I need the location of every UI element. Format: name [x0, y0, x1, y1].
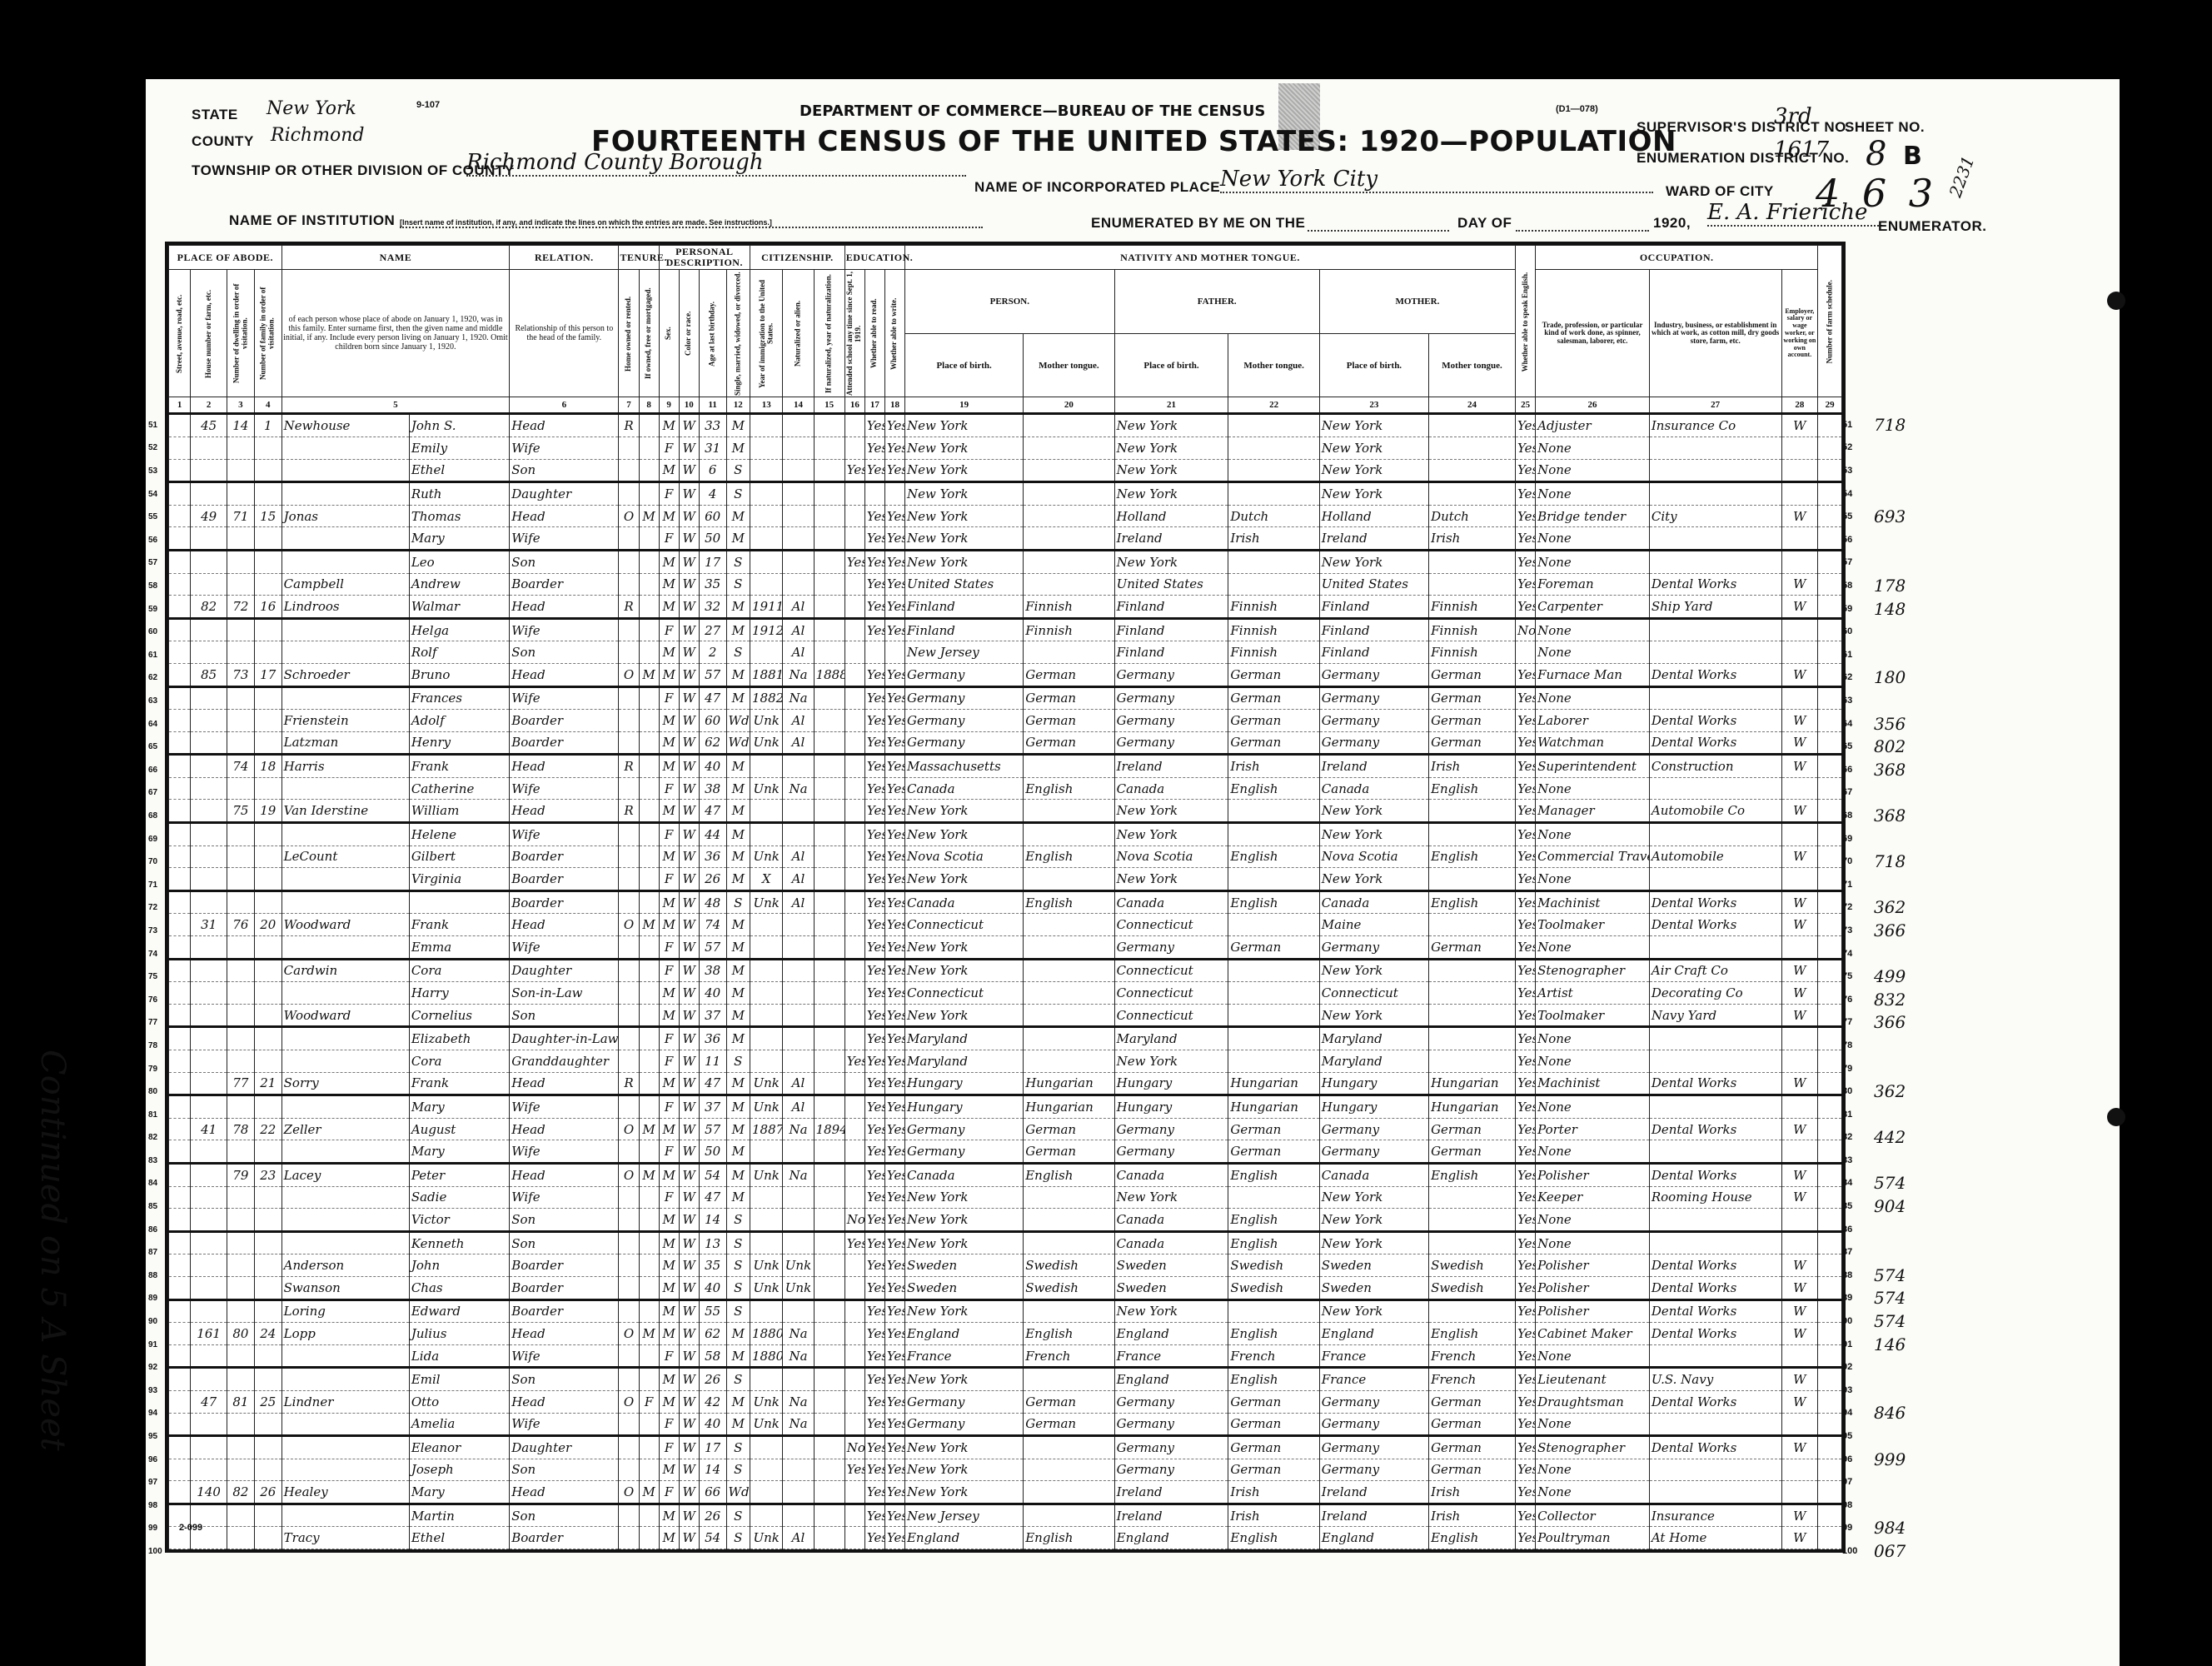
marital-cell: M: [726, 436, 750, 459]
marital-cell: M: [726, 1344, 750, 1368]
given-name-cell: Eleanor: [409, 1436, 509, 1459]
column-number: 21: [1114, 397, 1228, 414]
house-number-cell: [191, 573, 227, 596]
dwelling-number-cell: [227, 959, 255, 982]
line-number: 69: [148, 828, 167, 851]
father-tongue-cell: [1228, 1299, 1319, 1323]
census-row: SwansonChasBoarderMW40SUnkUnkYesYesSwede…: [169, 1276, 1842, 1299]
mother-birthplace-cell: Finland: [1319, 641, 1428, 664]
relation-cell: Daughter: [510, 1436, 619, 1459]
occupation-trade-cell: Foreman: [1536, 573, 1650, 596]
street-cell: [169, 1344, 191, 1368]
house-number-cell: [191, 1299, 227, 1323]
marital-cell: S: [726, 1459, 750, 1481]
worker-class-cell: [1781, 1413, 1818, 1436]
father-birthplace-cell: England: [1114, 1527, 1228, 1549]
naturalized-cell: Na: [783, 686, 814, 710]
dwelling-number-cell: [227, 845, 255, 868]
mother-birthplace-cell: France: [1319, 1368, 1428, 1391]
family-number-cell: 20: [254, 914, 281, 936]
incorporated-place-value: New York City: [1220, 167, 1653, 193]
punch-hole: [2107, 1108, 2125, 1126]
mother-mother-tongue-cell: German: [1429, 663, 1516, 686]
farm-schedule-cell: [1818, 936, 1842, 960]
margin-code: 832: [1874, 989, 1924, 1012]
naturalization-year-cell: [814, 596, 844, 619]
naturalization-year-cell: [814, 1050, 844, 1073]
census-row: HelgaWifeFW27M1912AlYesYesFinlandFinnish…: [169, 618, 1842, 641]
family-number-cell: [254, 1527, 281, 1549]
place-of-birth-cell: New York: [904, 459, 1023, 482]
line-number: 71: [148, 874, 167, 897]
surname-cell: Newhouse: [281, 414, 409, 437]
surname-cell: Sorry: [281, 1072, 409, 1095]
margin-code: 366: [1874, 920, 1924, 943]
immigration-year-cell: 1912: [750, 618, 783, 641]
owned-rented-cell: R: [619, 596, 639, 619]
house-number-cell: [191, 550, 227, 573]
owned-rented-cell: [619, 1231, 639, 1254]
place-of-birth-cell: England: [904, 1323, 1023, 1345]
read-cell: Yes: [864, 573, 884, 596]
mother-tongue-cell: [1024, 1209, 1114, 1232]
naturalization-year-cell: [814, 731, 844, 755]
father-birthplace-cell: England: [1114, 1368, 1228, 1391]
speaks-english-cell: Yes: [1516, 436, 1536, 459]
relation-cell: Son: [510, 1368, 619, 1391]
margin-code: 356: [1874, 713, 1924, 736]
write-cell: Yes: [884, 1186, 904, 1209]
surname-cell: [281, 618, 409, 641]
margin-code: [1874, 1494, 1924, 1518]
family-number-cell: 21: [254, 1072, 281, 1095]
farm-schedule-cell: [1818, 1254, 1842, 1277]
house-number-cell: 85: [191, 663, 227, 686]
street-cell: [169, 777, 191, 800]
header-education: EDUCATION.: [844, 246, 904, 270]
naturalized-cell: [783, 1140, 814, 1164]
header-marital: Single, married, widowed, or divorced.: [726, 270, 750, 397]
occupation-industry-cell: Dental Works: [1649, 1276, 1781, 1299]
line-number: 92: [1842, 1356, 1867, 1379]
write-cell: Yes: [884, 800, 904, 823]
column-number: 14: [783, 397, 814, 414]
enumerated-label: ENUMERATED BY ME ON THE: [1091, 215, 1305, 232]
immigration-year-cell: [750, 550, 783, 573]
read-cell: Yes: [864, 823, 884, 846]
naturalized-cell: [783, 573, 814, 596]
line-number: 59: [148, 598, 167, 621]
line-number: 83: [148, 1150, 167, 1173]
father-birthplace-cell: Germany: [1114, 1413, 1228, 1436]
father-birthplace-cell: Germany: [1114, 731, 1228, 755]
line-number: 70: [148, 850, 167, 874]
dwelling-number-cell: [227, 890, 255, 914]
naturalized-cell: Al: [783, 710, 814, 732]
read-cell: Yes: [864, 1527, 884, 1549]
father-birthplace-cell: Germany: [1114, 1459, 1228, 1481]
dwelling-number-cell: 74: [227, 755, 255, 778]
race-cell: W: [679, 1527, 699, 1549]
given-name-cell: Sadie: [409, 1186, 509, 1209]
sex-cell: M: [659, 1209, 679, 1232]
naturalized-cell: [783, 959, 814, 982]
mother-birthplace-cell: Germany: [1319, 731, 1428, 755]
dwelling-number-cell: [227, 459, 255, 482]
given-name-cell: Andrew: [409, 573, 509, 596]
father-birthplace-cell: Holland: [1114, 505, 1228, 527]
father-tongue-cell: Finnish: [1228, 618, 1319, 641]
column-number: 27: [1649, 397, 1781, 414]
race-cell: W: [679, 800, 699, 823]
sex-cell: F: [659, 1436, 679, 1459]
family-number-cell: [254, 710, 281, 732]
occupation-trade-cell: None: [1536, 459, 1650, 482]
mother-mother-tongue-cell: English: [1429, 1527, 1516, 1549]
place-of-birth-cell: New York: [904, 868, 1023, 891]
race-cell: W: [679, 505, 699, 527]
age-cell: 60: [699, 505, 726, 527]
read-cell: Yes: [864, 800, 884, 823]
age-cell: 54: [699, 1163, 726, 1186]
line-number: 62: [148, 666, 167, 690]
father-tongue-cell: [1228, 1004, 1319, 1027]
father-tongue-cell: Dutch: [1228, 505, 1319, 527]
given-name-cell: [409, 890, 509, 914]
family-number-cell: [254, 550, 281, 573]
naturalized-cell: [783, 414, 814, 437]
occupation-trade-cell: None: [1536, 436, 1650, 459]
father-birthplace-cell: New York: [1114, 550, 1228, 573]
marital-cell: S: [726, 1231, 750, 1254]
census-row: LeoSonMW17SYesYesYesNew YorkNew YorkNew …: [169, 550, 1842, 573]
naturalized-cell: [783, 1231, 814, 1254]
mother-tongue-cell: [1024, 505, 1114, 527]
dwelling-number-cell: 14: [227, 414, 255, 437]
school-cell: [844, 505, 864, 527]
marital-cell: M: [726, 1118, 750, 1140]
occupation-trade-cell: Polisher: [1536, 1163, 1650, 1186]
mother-birthplace-cell: New York: [1319, 959, 1428, 982]
census-row: HeleneWifeFW44MYesYesNew YorkNew YorkNew…: [169, 823, 1842, 846]
census-row: EmilyWifeFW31MYesYesNew YorkNew YorkNew …: [169, 436, 1842, 459]
sex-cell: F: [659, 527, 679, 551]
place-of-birth-cell: New York: [904, 823, 1023, 846]
dwelling-number-cell: [227, 936, 255, 960]
age-cell: 26: [699, 868, 726, 891]
census-row: RuthDaughterFW4SNew YorkNew YorkNew York…: [169, 482, 1842, 506]
father-birthplace-cell: Germany: [1114, 1436, 1228, 1459]
father-tongue-cell: [1228, 550, 1319, 573]
header-person: PERSON.: [904, 270, 1114, 334]
mother-mother-tongue-cell: French: [1429, 1344, 1516, 1368]
father-tongue-cell: Hungarian: [1228, 1095, 1319, 1119]
place-of-birth-cell: New York: [904, 1004, 1023, 1027]
given-name-cell: Cora: [409, 1050, 509, 1073]
farm-schedule-cell: [1818, 890, 1842, 914]
write-cell: Yes: [884, 505, 904, 527]
dwelling-number-cell: [227, 1095, 255, 1119]
immigration-year-cell: Unk: [750, 731, 783, 755]
father-birthplace-cell: Germany: [1114, 710, 1228, 732]
form-number: (D1—078): [1556, 104, 1598, 114]
surname-cell: [281, 1344, 409, 1368]
dwelling-number-cell: [227, 1413, 255, 1436]
mother-tongue-cell: [1024, 1004, 1114, 1027]
mother-birthplace-cell: Sweden: [1319, 1276, 1428, 1299]
marital-cell: S: [726, 459, 750, 482]
naturalization-year-cell: [814, 1459, 844, 1481]
census-row: 1618024LoppJuliusHeadOMMW62M1880NaYesYes…: [169, 1323, 1842, 1345]
family-number-cell: 26: [254, 1481, 281, 1504]
naturalized-cell: [783, 550, 814, 573]
marital-cell: M: [726, 1413, 750, 1436]
occupation-industry-cell: Insurance: [1649, 1504, 1781, 1527]
immigration-year-cell: [750, 823, 783, 846]
school-cell: [844, 982, 864, 1005]
line-number: 73: [148, 920, 167, 943]
given-name-cell: William: [409, 800, 509, 823]
naturalization-year-cell: [814, 959, 844, 982]
write-cell: Yes: [884, 936, 904, 960]
write-cell: Yes: [884, 1231, 904, 1254]
age-cell: 40: [699, 755, 726, 778]
age-cell: 31: [699, 436, 726, 459]
column-number: 25: [1516, 397, 1536, 414]
mother-tongue-cell: [1024, 1481, 1114, 1504]
house-number-cell: [191, 845, 227, 868]
father-birthplace-cell: France: [1114, 1344, 1228, 1368]
line-number: 85: [148, 1195, 167, 1219]
naturalization-year-cell: [814, 1413, 844, 1436]
occupation-trade-cell: Laborer: [1536, 710, 1650, 732]
school-cell: [844, 686, 864, 710]
place-of-birth-cell: New York: [904, 414, 1023, 437]
race-cell: W: [679, 527, 699, 551]
speaks-english-cell: No: [1516, 618, 1536, 641]
school-cell: [844, 1413, 864, 1436]
margin-occupation-codes: 7186931781481803568023683687183623664998…: [1874, 414, 1924, 1564]
sex-cell: M: [659, 800, 679, 823]
census-row: CardwinCoraDaughterFW38MYesYesNew YorkCo…: [169, 959, 1842, 982]
line-number: 94: [148, 1402, 167, 1425]
family-number-cell: [254, 1186, 281, 1209]
mortgage-cell: [639, 868, 659, 891]
mortgage-cell: [639, 755, 659, 778]
write-cell: Yes: [884, 731, 904, 755]
naturalized-cell: [783, 936, 814, 960]
sex-cell: M: [659, 755, 679, 778]
owned-rented-cell: [619, 527, 639, 551]
mother-tongue-cell: [1024, 800, 1114, 823]
farm-schedule-cell: [1818, 482, 1842, 506]
occupation-industry-cell: City: [1649, 505, 1781, 527]
mother-tongue-cell: [1024, 1368, 1114, 1391]
read-cell: Yes: [864, 1209, 884, 1232]
naturalization-year-cell: [814, 641, 844, 664]
street-cell: [169, 1276, 191, 1299]
house-number-cell: [191, 1072, 227, 1095]
header-personal-description: PERSONAL DESCRIPTION.: [659, 246, 750, 270]
relation-cell: Son: [510, 1004, 619, 1027]
relation-cell: Wife: [510, 1095, 619, 1119]
age-cell: 47: [699, 800, 726, 823]
marital-cell: S: [726, 1254, 750, 1277]
father-birthplace-cell: Germany: [1114, 1140, 1228, 1164]
given-name-cell: Ethel: [409, 459, 509, 482]
enumeration-district-value: 1617: [1774, 137, 1829, 162]
occupation-industry-cell: Dental Works: [1649, 1118, 1781, 1140]
farm-schedule-cell: [1818, 1027, 1842, 1050]
place-of-birth-cell: New York: [904, 527, 1023, 551]
write-cell: Yes: [884, 1344, 904, 1368]
read-cell: Yes: [864, 1481, 884, 1504]
speaks-english-cell: Yes: [1516, 505, 1536, 527]
place-of-birth-cell: New York: [904, 482, 1023, 506]
header-person-tongue: Mother tongue.: [1024, 333, 1114, 397]
school-cell: [844, 731, 864, 755]
owned-rented-cell: O: [619, 663, 639, 686]
family-number-cell: [254, 1413, 281, 1436]
race-cell: W: [679, 710, 699, 732]
worker-class-cell: W: [1781, 1527, 1818, 1549]
relation-cell: Son: [510, 1459, 619, 1481]
naturalization-year-cell: [814, 436, 844, 459]
given-name-cell: Peter: [409, 1163, 509, 1186]
relation-cell: Boarder: [510, 1276, 619, 1299]
line-number: 70: [1842, 850, 1867, 874]
read-cell: Yes: [864, 1095, 884, 1119]
house-number-cell: [191, 1254, 227, 1277]
place-of-birth-cell: Sweden: [904, 1254, 1023, 1277]
dwelling-number-cell: 79: [227, 1163, 255, 1186]
father-tongue-cell: Finnish: [1228, 596, 1319, 619]
margin-code: 693: [1874, 506, 1924, 529]
enumerated-day-field: [1308, 223, 1449, 232]
surname-cell: LeCount: [281, 845, 409, 868]
mother-tongue-cell: [1024, 914, 1114, 936]
read-cell: Yes: [864, 1118, 884, 1140]
mother-tongue-cell: German: [1024, 1390, 1114, 1413]
naturalized-cell: Na: [783, 777, 814, 800]
given-name-cell: Amelia: [409, 1413, 509, 1436]
street-cell: [169, 663, 191, 686]
age-cell: 36: [699, 845, 726, 868]
occupation-trade-cell: Polisher: [1536, 1299, 1650, 1323]
race-cell: W: [679, 596, 699, 619]
sex-cell: M: [659, 890, 679, 914]
line-number: 55: [1842, 506, 1867, 529]
occupation-trade-cell: None: [1536, 1344, 1650, 1368]
occupation-industry-cell: [1649, 1413, 1781, 1436]
mortgage-cell: [639, 890, 659, 914]
line-number: 75: [148, 965, 167, 989]
write-cell: Yes: [884, 755, 904, 778]
owned-rented-cell: [619, 890, 639, 914]
column-number: 16: [844, 397, 864, 414]
house-number-cell: 47: [191, 1390, 227, 1413]
header-immigration-year: Year of immigration to the United States…: [750, 270, 783, 397]
race-cell: W: [679, 1413, 699, 1436]
census-row: VictorSonMW14SNoYesYesNew YorkCanadaEngl…: [169, 1209, 1842, 1232]
naturalized-cell: [783, 1209, 814, 1232]
census-row: 7923LaceyPeterHeadOMMW54MUnkNaYesYesCana…: [169, 1163, 1842, 1186]
census-row: RolfSonMW2SAlNew JerseyFinlandFinnishFin…: [169, 641, 1842, 664]
father-birthplace-cell: Germany: [1114, 663, 1228, 686]
family-number-cell: [254, 1299, 281, 1323]
write-cell: Yes: [884, 527, 904, 551]
write-cell: [884, 482, 904, 506]
margin-code: 574: [1874, 1287, 1924, 1310]
owned-rented-cell: O: [619, 505, 639, 527]
worker-class-cell: W: [1781, 1072, 1818, 1095]
age-cell: 26: [699, 1504, 726, 1527]
naturalization-year-cell: [814, 710, 844, 732]
occupation-trade-cell: Cabinet Maker: [1536, 1323, 1650, 1345]
naturalized-cell: Al: [783, 618, 814, 641]
worker-class-cell: W: [1781, 1390, 1818, 1413]
farm-schedule-cell: [1818, 914, 1842, 936]
mother-birthplace-cell: New York: [1319, 436, 1428, 459]
farm-schedule-cell: [1818, 527, 1842, 551]
surname-cell: [281, 1368, 409, 1391]
sex-cell: F: [659, 868, 679, 891]
father-tongue-cell: German: [1228, 663, 1319, 686]
mother-birthplace-cell: Canada: [1319, 1163, 1428, 1186]
write-cell: Yes: [884, 845, 904, 868]
house-number-cell: [191, 1231, 227, 1254]
speaks-english-cell: Yes: [1516, 1390, 1536, 1413]
given-name-cell: Henry: [409, 731, 509, 755]
relation-cell: Wife: [510, 618, 619, 641]
family-number-cell: [254, 482, 281, 506]
worker-class-cell: W: [1781, 1004, 1818, 1027]
place-of-birth-cell: New York: [904, 1209, 1023, 1232]
school-cell: [844, 710, 864, 732]
dwelling-number-cell: [227, 1527, 255, 1549]
father-birthplace-cell: United States: [1114, 573, 1228, 596]
line-number: 72: [1842, 896, 1867, 920]
worker-class-cell: W: [1781, 731, 1818, 755]
house-number-cell: [191, 527, 227, 551]
worker-class-cell: W: [1781, 663, 1818, 686]
speaks-english-cell: Yes: [1516, 1504, 1536, 1527]
census-row: MaryWifeFW50MYesYesNew YorkIrelandIrishI…: [169, 527, 1842, 551]
street-cell: [169, 936, 191, 960]
mother-mother-tongue-cell: [1429, 1209, 1516, 1232]
census-row: KennethSonMW13SYesYesYesNew YorkCanadaEn…: [169, 1231, 1842, 1254]
family-number-cell: 17: [254, 663, 281, 686]
line-number: 58: [1842, 575, 1867, 598]
naturalized-cell: Na: [783, 1323, 814, 1345]
occupation-industry-cell: [1649, 436, 1781, 459]
surname-cell: [281, 1504, 409, 1527]
school-cell: [844, 1163, 864, 1186]
speaks-english-cell: Yes: [1516, 1209, 1536, 1232]
relation-cell: Head: [510, 505, 619, 527]
occupation-trade-cell: None: [1536, 868, 1650, 891]
mother-birthplace-cell: Ireland: [1319, 1481, 1428, 1504]
speaks-english-cell: Yes: [1516, 1344, 1536, 1368]
worker-class-cell: [1781, 1209, 1818, 1232]
place-of-birth-cell: New York: [904, 800, 1023, 823]
owned-rented-cell: [619, 823, 639, 846]
read-cell: Yes: [864, 1344, 884, 1368]
marital-cell: S: [726, 1276, 750, 1299]
surname-cell: [281, 1209, 409, 1232]
column-number: 26: [1536, 397, 1650, 414]
place-of-birth-cell: New York: [904, 1436, 1023, 1459]
